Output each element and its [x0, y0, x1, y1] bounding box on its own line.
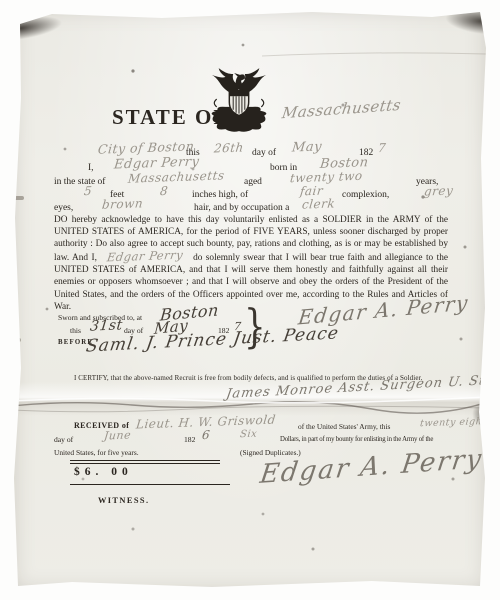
- i-label: I,: [88, 163, 94, 173]
- day-handwritten: 26th: [213, 140, 244, 155]
- receipt-line3-label: United States, for five years.: [54, 448, 139, 457]
- receipt-day-of-label: day of: [54, 435, 73, 444]
- justice-signature: Saml. J. Prince Just. Peace: [85, 323, 341, 356]
- receipt-dollars-label: Dollars, in part of my bounty for enlist…: [280, 436, 433, 443]
- complexion-label: complexion,: [342, 190, 389, 200]
- eyes-label: eyes,: [54, 203, 73, 213]
- aged-label: aged: [244, 177, 262, 187]
- oath-name-handwritten: Edgar Perry: [96, 249, 194, 265]
- eye-color-handwritten: grey: [423, 183, 454, 198]
- sworn-this-label: this: [70, 326, 81, 335]
- receipt-year-printed: 182: [184, 435, 195, 444]
- amount-value: $6. 00: [74, 466, 133, 478]
- document-paper: STATE OF Massachusetts City of Boston th…: [12, 8, 488, 592]
- eagle-emblem-icon: [208, 66, 270, 140]
- state-of-label: in the state of: [54, 177, 105, 187]
- amount-rule-bottom: [70, 484, 230, 485]
- age-handwritten: twenty two: [289, 169, 363, 186]
- place-handwritten: City of Boston: [97, 138, 195, 156]
- state-name-handwritten: Massachusetts: [127, 168, 225, 185]
- state-handwritten: Massachusetts: [281, 96, 402, 123]
- hair-label: hair, and by occupation a: [194, 203, 289, 213]
- edge-mark-left-2: [12, 338, 21, 342]
- receipt-day-handwritten: twenty eighth: [419, 416, 493, 430]
- feet-handwritten: 5: [83, 184, 93, 198]
- worn-corner-top-right: [439, 5, 493, 36]
- inches-label: inches high, of: [192, 190, 248, 200]
- day-of-label: day of: [252, 148, 276, 158]
- receipt-year-digit-handwritten: 6: [201, 428, 211, 442]
- receipt-army-label: of the United States' Army, this: [298, 422, 390, 431]
- month-handwritten: May: [291, 139, 322, 155]
- hair-color-handwritten: brown: [101, 196, 144, 211]
- paper-specks: [12, 8, 14, 10]
- occupation-handwritten: clerk: [301, 196, 336, 211]
- year-digit-handwritten: 7: [377, 141, 387, 155]
- signed-duplicates-label: (Signed Duplicates.): [240, 448, 301, 457]
- inches-handwritten: 8: [159, 184, 169, 198]
- worn-corner-top-left: [7, 10, 68, 42]
- amount-rule-top: [70, 460, 220, 464]
- witness-label: WITNESS.: [98, 496, 149, 505]
- faint-crease-top: [12, 48, 488, 60]
- receipt-month-handwritten: June: [103, 428, 131, 442]
- edge-mark-left: [12, 196, 24, 200]
- sworn-day-handwritten: 31st: [89, 317, 123, 334]
- receipt-amount-word-handwritten: Six: [239, 429, 257, 441]
